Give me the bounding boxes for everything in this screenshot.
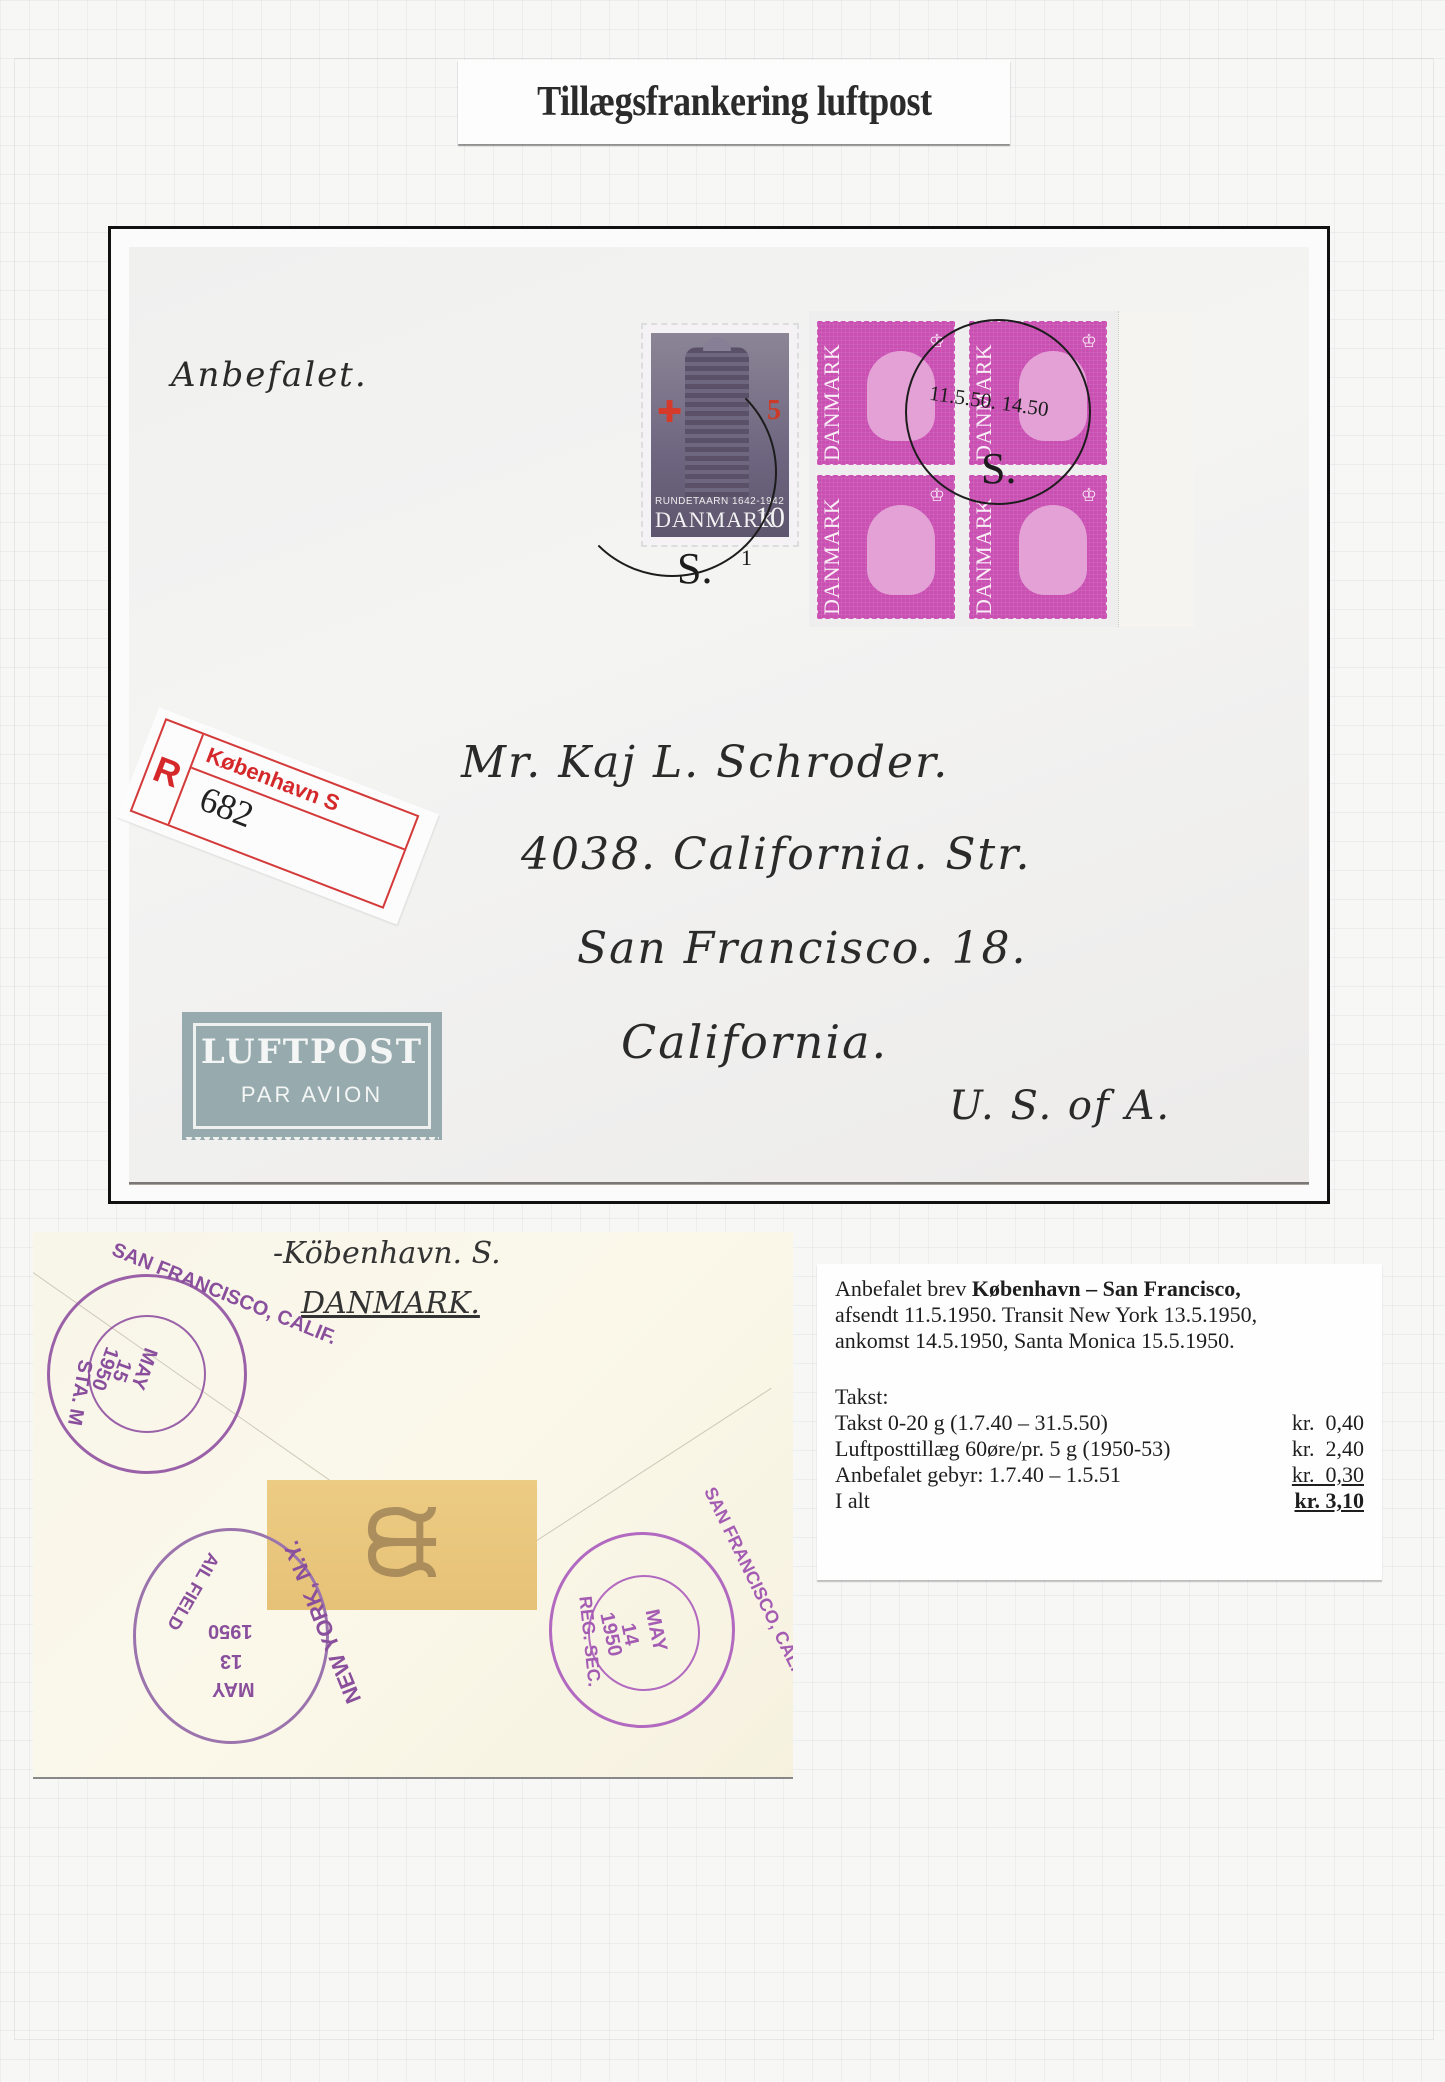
cancel-tower-number: 1 <box>741 545 752 571</box>
address-line-street: 4038. California. Str. <box>521 829 1031 880</box>
rate-row: Anbefalet gebyr: 1.7.40 – 1.5.51 kr. 0,3… <box>835 1462 1364 1488</box>
envelope-front: Anbefalet. ✚ 5 RUNDETAARN 1642-1942 DANM… <box>129 247 1309 1184</box>
description-arrival: ankomst 14.5.1950, Santa Monica 15.5.195… <box>835 1328 1364 1354</box>
registration-r: R <box>132 721 204 825</box>
page-title: Tillægsfrankering luftpost <box>537 78 932 126</box>
address-line-name: Mr. Kaj L. Schroder. <box>461 737 949 788</box>
crown-monogram-icon: ♔ <box>1081 331 1097 352</box>
route-bold: København – San Francisco, <box>972 1276 1241 1301</box>
cancel-block-letter: S. <box>981 443 1016 494</box>
description-route: Anbefalet brev København – San Francisco… <box>835 1276 1364 1302</box>
rates-heading: Takst: <box>835 1384 1364 1410</box>
total-row: I alt kr. 3,10 <box>835 1488 1364 1514</box>
postmark-san-francisco-reg-sec: SAN FRANCISCO, CALIF. MAY 14 1950 REG. S… <box>549 1532 735 1728</box>
registration-label: R København S 682 <box>117 707 439 925</box>
back-sender-city: -Köbenhavn. S. <box>273 1236 501 1271</box>
airmail-etiquette: LUFTPOST PAR AVION <box>185 1015 439 1137</box>
rate-label: Luftposttillæg 60øre/pr. 5 g (1950-53) <box>835 1436 1170 1462</box>
rate-label: Anbefalet gebyr: 1.7.40 – 1.5.51 <box>835 1462 1121 1488</box>
cover-back: -Köbenhavn. S. DANMARK. ᙙ SAN FRANCISCO,… <box>33 1232 793 1779</box>
rate-amount: kr. 2,40 <box>1292 1436 1364 1462</box>
address-line-country: U. S. of A. <box>949 1083 1171 1129</box>
address-line-state: California. <box>621 1015 888 1069</box>
postmark-new-york: NEW YORK, N.Y. 1950 13 MAY AIL FIELD <box>133 1528 329 1744</box>
rate-label: Takst 0-20 g (1.7.40 – 31.5.50) <box>835 1410 1108 1436</box>
rate-amount: kr. 0,40 <box>1292 1410 1364 1436</box>
description-dispatch: afsendt 11.5.1950. Transit New York 13.5… <box>835 1302 1364 1328</box>
postmark-san-francisco-sta-m: SAN FRANCISCO, CALIF. MAY 15 1950 STA. M <box>47 1274 247 1474</box>
crown-monogram-icon: ♔ <box>929 485 945 506</box>
rate-row: Takst 0-20 g (1.7.40 – 31.5.50) kr. 0,40 <box>835 1410 1364 1436</box>
airmail-main-text: LUFTPOST <box>196 1032 428 1072</box>
rate-row: Luftposttillæg 60øre/pr. 5 g (1950-53) k… <box>835 1436 1364 1462</box>
sheet-margin <box>1118 311 1194 627</box>
rate-amount: kr. 0,30 <box>1292 1462 1364 1488</box>
total-amount: kr. 3,10 <box>1295 1488 1364 1514</box>
total-label: I alt <box>835 1488 870 1514</box>
handwritten-registered-note: Anbefalet. <box>171 355 368 395</box>
crown-monogram-icon: ♔ <box>1081 485 1097 506</box>
cover-front-mount: Anbefalet. ✚ 5 RUNDETAARN 1642-1942 DANM… <box>108 226 1330 1204</box>
stamp-surcharge: 5 <box>767 395 781 427</box>
cancel-tower-letter: S. <box>677 543 712 594</box>
page-title-label: Tillægsfrankering luftpost <box>458 60 1010 144</box>
address-line-city: San Francisco. 18. <box>577 923 1027 974</box>
stamp-frederik-75: DANMARK ♔ <box>817 475 955 619</box>
airmail-sub-text: PAR AVION <box>196 1082 428 1108</box>
description-card: Anbefalet brev København – San Francisco… <box>817 1264 1382 1580</box>
back-sender-country: DANMARK. <box>301 1286 480 1321</box>
